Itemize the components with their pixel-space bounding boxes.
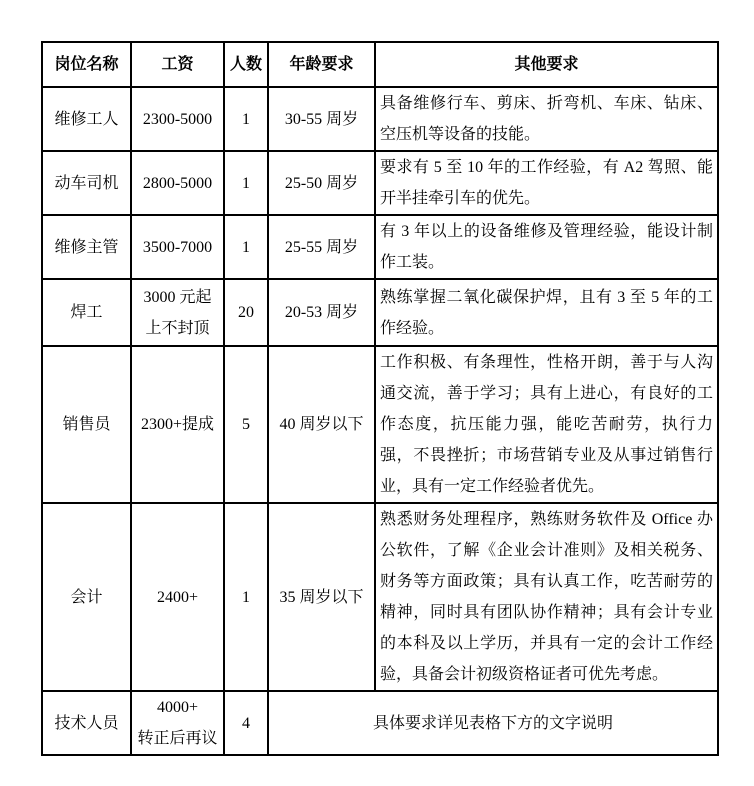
- headcount-cell: 20: [224, 279, 268, 346]
- column-header-headcount: 人数: [224, 42, 268, 87]
- requirements-cell: 熟练掌握二氧化碳保护焊，且有 3 至 5 年的工作经验。: [375, 279, 718, 346]
- salary-cell: 3500-7000: [131, 215, 224, 279]
- job-requirements-table: 岗位名称 工资 人数 年龄要求 其他要求 维修工人 2300-5000 1 30…: [41, 41, 719, 756]
- headcount-cell: 1: [224, 151, 268, 215]
- salary-cell: 2400+: [131, 503, 224, 691]
- position-cell: 维修工人: [42, 87, 131, 151]
- requirements-cell: 熟悉财务处理程序，熟练财务软件及 Office 办公软件，了解《企业会计准则》及…: [375, 503, 718, 691]
- requirements-cell: 工作积极、有条理性，性格开朗，善于与人沟通交流，善于学习；具有上进心，有良好的工…: [375, 346, 718, 503]
- table-row: 会计 2400+ 1 35 周岁以下 熟悉财务处理程序，熟练财务软件及 Offi…: [42, 503, 718, 691]
- column-header-position: 岗位名称: [42, 42, 131, 87]
- salary-cell: 2300+提成: [131, 346, 224, 503]
- headcount-cell: 4: [224, 691, 268, 755]
- age-cell: 20-53 周岁: [268, 279, 375, 346]
- salary-cell: 3000 元起 上不封顶: [131, 279, 224, 346]
- age-cell: 35 周岁以下: [268, 503, 375, 691]
- salary-cell: 2300-5000: [131, 87, 224, 151]
- position-cell: 维修主管: [42, 215, 131, 279]
- table-row: 动车司机 2800-5000 1 25-50 周岁 要求有 5 至 10 年的工…: [42, 151, 718, 215]
- age-cell: 25-55 周岁: [268, 215, 375, 279]
- table-row: 焊工 3000 元起 上不封顶 20 20-53 周岁 熟练掌握二氧化碳保护焊，…: [42, 279, 718, 346]
- position-cell: 会计: [42, 503, 131, 691]
- table-row: 销售员 2300+提成 5 40 周岁以下 工作积极、有条理性，性格开朗，善于与…: [42, 346, 718, 503]
- headcount-cell: 1: [224, 215, 268, 279]
- requirements-cell: 有 3 年以上的设备维修及管理经验，能设计制作工装。: [375, 215, 718, 279]
- position-cell: 技术人员: [42, 691, 131, 755]
- table-row: 维修工人 2300-5000 1 30-55 周岁 具备维修行车、剪床、折弯机、…: [42, 87, 718, 151]
- header-row: 岗位名称 工资 人数 年龄要求 其他要求: [42, 42, 718, 87]
- requirements-cell: 具备维修行车、剪床、折弯机、车床、钻床、空压机等设备的技能。: [375, 87, 718, 151]
- age-cell: 40 周岁以下: [268, 346, 375, 503]
- column-header-age: 年龄要求: [268, 42, 375, 87]
- position-cell: 动车司机: [42, 151, 131, 215]
- age-cell: 25-50 周岁: [268, 151, 375, 215]
- headcount-cell: 1: [224, 503, 268, 691]
- merged-note-cell: 具体要求详见表格下方的文字说明: [268, 691, 718, 755]
- salary-cell: 2800-5000: [131, 151, 224, 215]
- salary-cell: 4000+ 转正后再议: [131, 691, 224, 755]
- column-header-other: 其他要求: [375, 42, 718, 87]
- table-row: 技术人员 4000+ 转正后再议 4 具体要求详见表格下方的文字说明: [42, 691, 718, 755]
- age-cell: 30-55 周岁: [268, 87, 375, 151]
- position-cell: 焊工: [42, 279, 131, 346]
- position-cell: 销售员: [42, 346, 131, 503]
- headcount-cell: 5: [224, 346, 268, 503]
- column-header-salary: 工资: [131, 42, 224, 87]
- document-page: 岗位名称 工资 人数 年龄要求 其他要求 维修工人 2300-5000 1 30…: [0, 0, 754, 786]
- table-row: 维修主管 3500-7000 1 25-55 周岁 有 3 年以上的设备维修及管…: [42, 215, 718, 279]
- headcount-cell: 1: [224, 87, 268, 151]
- requirements-cell: 要求有 5 至 10 年的工作经验，有 A2 驾照、能开半挂牵引车的优先。: [375, 151, 718, 215]
